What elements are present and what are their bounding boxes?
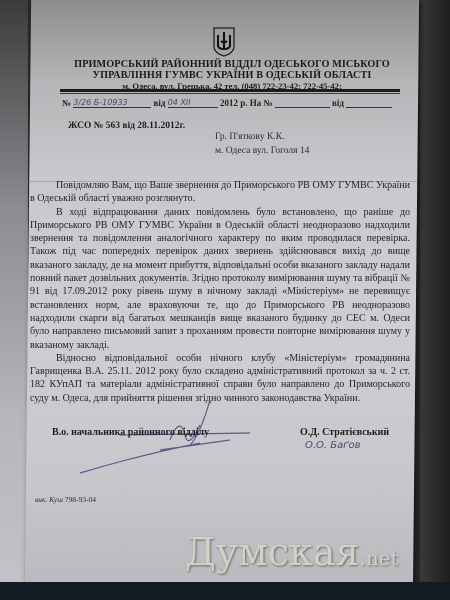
on-no-field	[275, 97, 330, 108]
on-from-field	[346, 97, 392, 108]
addressee-name: Гр. П'ятковy К.К.	[215, 130, 309, 144]
watermark-main: Думская	[185, 530, 359, 574]
executor-line: вик. Куш 798-93-04	[35, 495, 96, 504]
letterhead: ПРИМОРСЬКИЙ РАЙОННИЙ ВІДДІЛ ОДЕСЬКОГО МІ…	[62, 59, 402, 92]
watermark-suffix: .net	[359, 546, 398, 570]
on-from-label: від	[332, 98, 344, 108]
trident-coat-of-arms-icon	[212, 27, 236, 57]
addressee-block: Гр. П'ятковy К.К. м. Одеса вул. Гоголя 1…	[215, 130, 309, 158]
letterhead-line-1: ПРИМОРСЬКИЙ РАЙОННИЙ ВІДДІЛ ОДЕСЬКОГО МІ…	[62, 59, 402, 70]
reg-no-value: 3/26 Б-10933	[73, 98, 127, 107]
signatory-name: О.Д. Стратієвський	[300, 427, 389, 438]
reg-date-value: 04 XII	[168, 98, 191, 107]
letterhead-rule-thin	[60, 93, 400, 94]
reg-date-field: 04 XII	[168, 97, 218, 108]
reg-no-label: №	[62, 98, 71, 108]
handwritten-note: О.О. Баґов	[305, 440, 361, 451]
letter-body: Повідомляю Вам, що Ваше звернення до При…	[30, 179, 410, 405]
background-bottom	[0, 582, 450, 600]
body-paragraph-2: В ході відпрацювання даних повідомлень б…	[30, 206, 410, 352]
reg-year-text: 2012 р. На №	[220, 98, 273, 108]
body-paragraph-1: Повідомляю Вам, що Ваше звернення до При…	[30, 179, 410, 206]
addressee-address: м. Одеса вул. Гоголя 14	[215, 144, 309, 158]
registration-line: № 3/26 Б-10933 від 04 XII 2012 р. На № в…	[62, 97, 402, 108]
watermark-logo: Думская.net	[185, 530, 399, 574]
background-right	[420, 0, 450, 600]
letterhead-rule-thick	[60, 89, 400, 92]
reg-no-field: 3/26 Б-10933	[73, 97, 151, 108]
background-left-edge	[0, 0, 28, 600]
reg-from-label: від	[154, 98, 166, 108]
executor-phone: 798-93-04	[65, 495, 96, 504]
signatory-role: В.о. начальника районного відділу	[52, 427, 209, 438]
letterhead-line-2: УПРАВЛІННЯ ГУМВС УКРАЇНИ В ОДЕСЬКІЙ ОБЛА…	[62, 70, 402, 81]
incoming-reference: ЖСО № 563 від 28.11.2012г.	[68, 121, 185, 131]
executor-label: вик. Куш	[35, 495, 63, 504]
